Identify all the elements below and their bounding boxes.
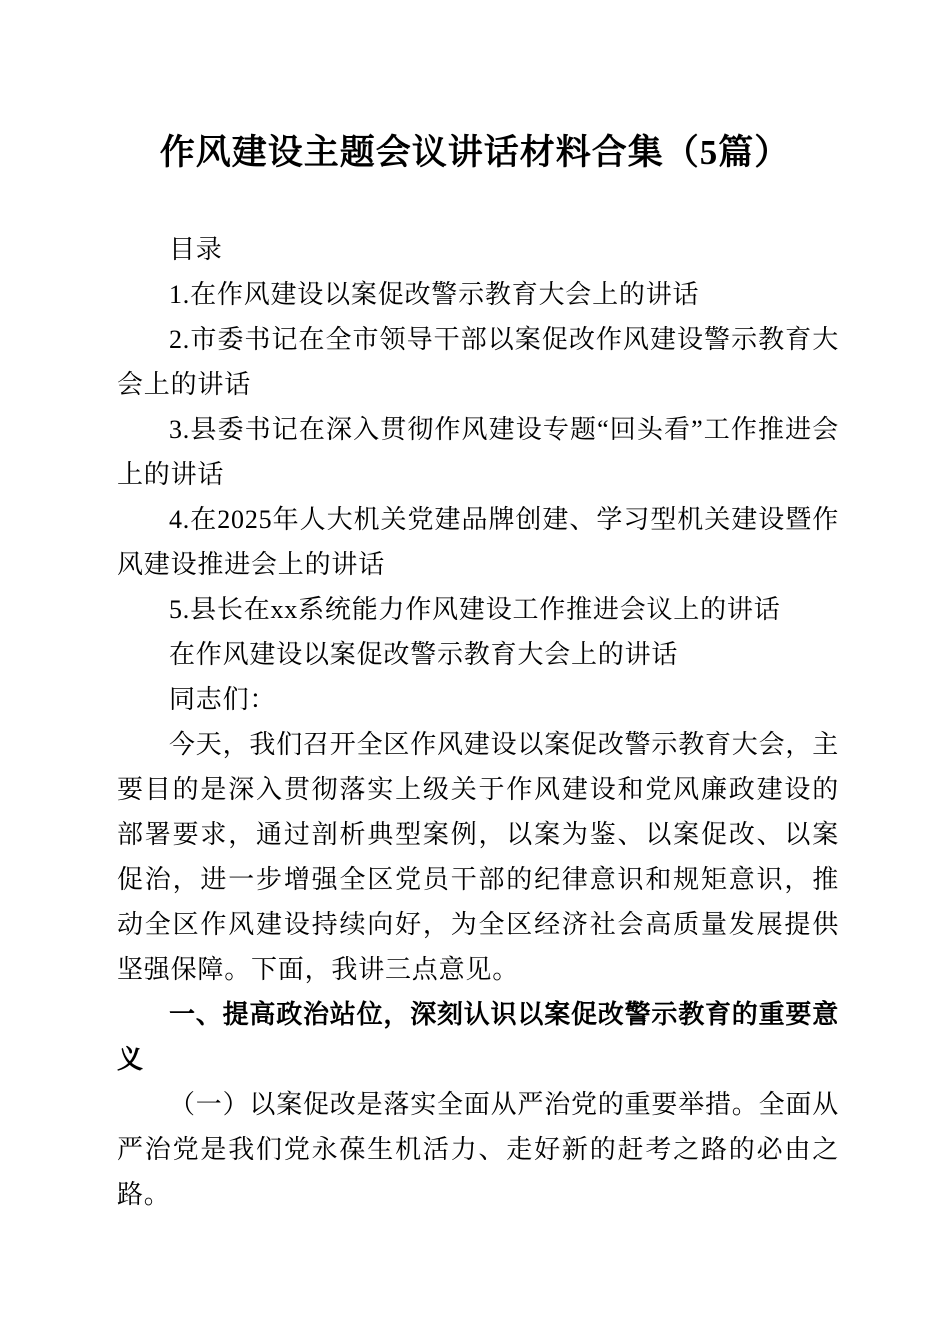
toc-item-2: 2.市委书记在全市领导干部以案促改作风建设警示教育大会上的讲话 <box>117 317 839 407</box>
toc-item-3: 3.县委书记在深入贯彻作风建设专题“回头看”工作推进会上的讲话 <box>117 407 839 497</box>
toc-item-1: 1.在作风建设以案促改警示教育大会上的讲话 <box>117 272 839 317</box>
speech-intro-paragraph: 今天，我们召开全区作风建设以案促改警示教育大会，主要目的是深入贯彻落实上级关于作… <box>117 722 839 992</box>
document-title: 作风建设主题会议讲话材料合集（5篇） <box>0 124 950 182</box>
toc-item-5: 5.县长在xx系统能力作风建设工作推进会议上的讲话 <box>117 587 839 632</box>
toc-label: 目录 <box>117 227 839 272</box>
speech-subtitle: 在作风建设以案促改警示教育大会上的讲话 <box>117 632 839 677</box>
section-one-heading: 一、提高政治站位，深刻认识以案促改警示教育的重要意义 <box>117 992 839 1082</box>
toc-item-4: 4.在2025年人大机关党建品牌创建、学习型机关建设暨作风建设推进会上的讲话 <box>117 497 839 587</box>
document-body: 目录 1.在作风建设以案促改警示教育大会上的讲话 2.市委书记在全市领导干部以案… <box>117 227 839 1217</box>
speech-salutation: 同志们： <box>117 677 839 722</box>
point-one-paragraph: （一）以案促改是落实全面从严治党的重要举措。全面从严治党是我们党永葆生机活力、走… <box>117 1082 839 1217</box>
document-page: 作风建设主题会议讲话材料合集（5篇） 目录 1.在作风建设以案促改警示教育大会上… <box>0 0 950 1344</box>
